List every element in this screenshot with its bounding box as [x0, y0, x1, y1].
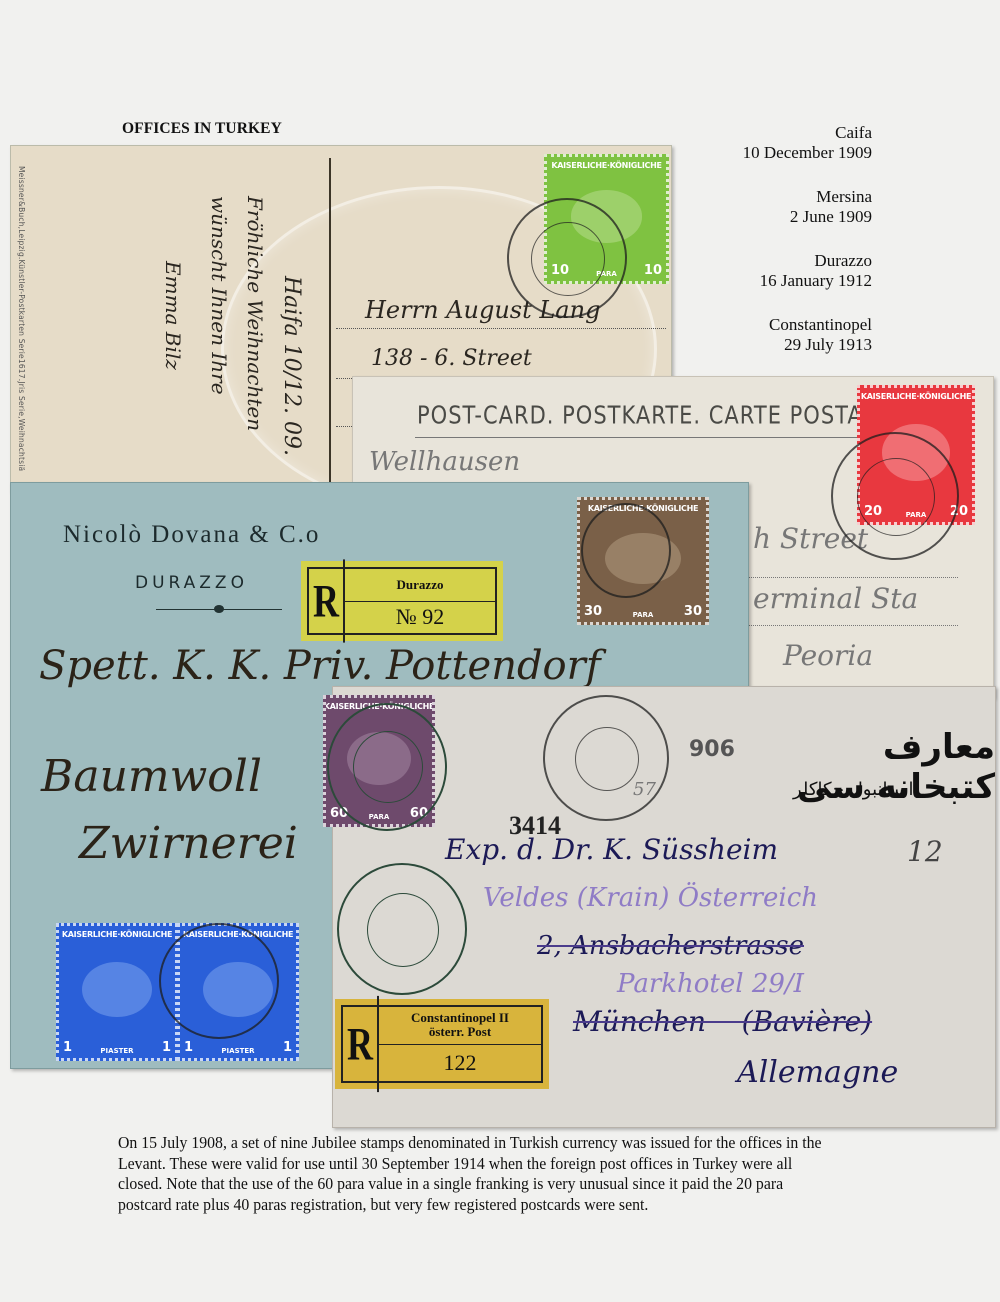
caption-place: Constantinopel [743, 315, 872, 335]
caption-date: 2 June 1909 [743, 207, 872, 227]
message-line: wünscht Ihnen Ihre [207, 196, 231, 395]
arabic-subheader: استانبول حكاكلر [793, 779, 914, 800]
message-line: Emma Bilz [161, 261, 185, 370]
address-rule [743, 625, 958, 626]
stamp-value: 10 [644, 263, 662, 278]
postmark-constantinopel [327, 703, 447, 831]
registration-office-line: österr. Post [429, 1025, 491, 1039]
cover-captions: Caifa 10 December 1909 Mersina 2 June 19… [743, 123, 872, 379]
caption-durazzo: Durazzo 16 January 1912 [743, 251, 872, 291]
pencil-note: 57 [633, 779, 656, 800]
stamp-inscription: KAISERLICHE·KÖNIGLICHE [62, 930, 172, 939]
stamp-value: 30 [684, 604, 702, 619]
caption-place: Durazzo [743, 251, 872, 271]
publisher-imprint: Meissner&Buch,Leipzig.Künstler-Postkarte… [17, 166, 26, 471]
stamp-inscription: KAISERLICHE·KÖNIGLICHE [861, 392, 971, 401]
address-line-country: Allemagne [737, 1055, 898, 1090]
stamp-value: 1 [63, 1040, 72, 1055]
registration-office: Durazzo [345, 569, 495, 602]
postmark-durazzo-pair [159, 923, 279, 1039]
address-line: Wellhausen [369, 447, 520, 477]
registration-r-mark: R [343, 996, 379, 1092]
postmark-durazzo [581, 503, 671, 598]
registration-label-durazzo: R Durazzo № 92 [301, 561, 503, 641]
address-line: erminal Sta [753, 582, 918, 615]
registration-number: 122 [379, 1045, 541, 1082]
emperor-portrait-icon [82, 962, 152, 1017]
stamp-value: 1 [184, 1040, 193, 1055]
caption-place: Mersina [743, 187, 872, 207]
letterhead-company: Nicolò Dovana & C.o [63, 521, 320, 549]
stamp-currency: PIASTER [221, 1047, 254, 1055]
caption-date: 16 January 1912 [743, 271, 872, 291]
stamp-currency: PIASTER [100, 1047, 133, 1055]
address-line-struck: München (Bavière) [573, 1005, 872, 1038]
registration-number: № 92 [345, 602, 495, 634]
card-divider-line [329, 158, 331, 488]
letterhead-city: DURAZZO [135, 573, 248, 593]
registration-r-mark: R [309, 559, 345, 642]
message-line: Fröhliche Weihnachten [243, 196, 267, 431]
message-line: Haifa 10/12. 09. [279, 276, 304, 456]
address-rule [743, 577, 958, 578]
address-line: Baumwoll [41, 751, 262, 802]
caption-caifa: Caifa 10 December 1909 [743, 123, 872, 163]
caption-place: Caifa [743, 123, 872, 143]
price-note: 12 [907, 835, 943, 868]
postmark-veldes [337, 863, 467, 995]
caption-date: 29 July 1913 [743, 335, 872, 355]
registration-label-constantinopel: R Constantinopel II österr. Post 122 [335, 999, 549, 1089]
address-line: Zwirnerei [79, 818, 298, 869]
postmark-muenchen [543, 695, 669, 821]
stamp-value: 1 [162, 1040, 171, 1055]
handstamp-number: 906 [689, 737, 735, 762]
caption-date: 10 December 1909 [743, 143, 872, 163]
postmark-mersina [831, 432, 959, 560]
stamp-currency: PARA [633, 611, 654, 619]
postcard-heading: POST-CARD. POSTKARTE. CARTE POSTALE. [417, 401, 897, 430]
exhibit-description: On 15 July 1908, a set of nine Jubilee s… [118, 1133, 834, 1215]
stamp-inscription: KAISERLICHE·KÖNIGLICHE [551, 161, 661, 170]
postcard-constantinopel: KAISERLICHE·KÖNIGLICHE 60PARA60 906 معار… [332, 686, 996, 1128]
letterhead-ornament-dot [214, 605, 224, 613]
address-line-forwarding: Parkhotel 29/I [617, 969, 804, 999]
registration-office-line: Constantinopel II [411, 1011, 509, 1025]
address-line: 138 - 6. Street [371, 346, 532, 371]
address-line: Spett. K. K. Priv. Pottendorf [39, 643, 601, 689]
address-line: Peoria [783, 639, 873, 672]
stamp-value: 30 [584, 604, 602, 619]
stamp-value: 1 [283, 1040, 292, 1055]
page-title: OFFICES IN TURKEY [122, 120, 282, 138]
caption-mersina: Mersina 2 June 1909 [743, 187, 872, 227]
address-line-forwarding: Veldes (Krain) Österreich [483, 883, 818, 913]
address-rule [336, 328, 666, 329]
address-line-struck: 2, Ansbacherstrasse [537, 931, 804, 961]
caption-constantinopel: Constantinopel 29 July 1913 [743, 315, 872, 355]
address-line: Exp. d. Dr. K. Süssheim [445, 833, 778, 866]
postmark-caifa [507, 198, 627, 318]
registration-office: Constantinopel II österr. Post [379, 1007, 541, 1045]
